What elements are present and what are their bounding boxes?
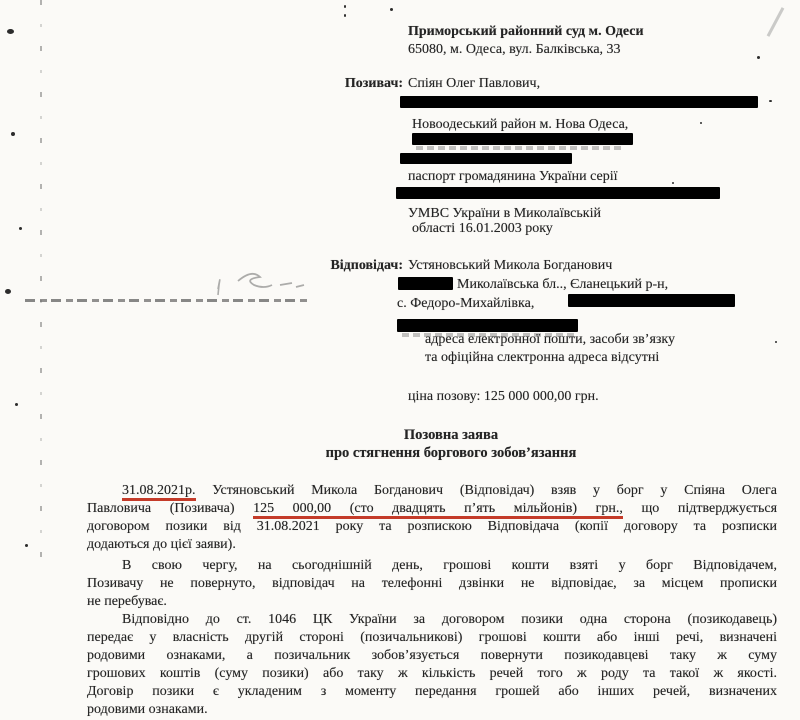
body-segment: передає у власність другій стороні (пози… bbox=[87, 630, 777, 645]
body-segment: родовими ознаками. bbox=[87, 702, 208, 717]
title-line1: Позовна заява bbox=[255, 426, 647, 444]
body-segment: Позивачу не повернуто, відповідач на тел… bbox=[87, 576, 777, 591]
body-text: 31.08.2021р. Устяновський Микола Богдано… bbox=[87, 482, 777, 719]
body-paragraph: В свою чергу, на сьогоднішній день, грош… bbox=[87, 557, 777, 611]
red-underlined-phrase: 125 000,00 (сто двадцять п’ять мільйонів… bbox=[253, 501, 623, 519]
plaintiff-issuer-line1: УМВС України в Миколаївській bbox=[408, 206, 601, 221]
ghost-text-strokes bbox=[416, 146, 621, 150]
scan-speck bbox=[390, 8, 393, 11]
redaction-bar bbox=[398, 277, 453, 290]
defendant-contact-line1: адреса електронної пошти, засоби зв’язку bbox=[425, 332, 675, 347]
claim-value-line: ціна позову: 125 000 000,00 грн. bbox=[408, 389, 599, 404]
scan-speck bbox=[19, 227, 22, 230]
handwritten-scribble bbox=[200, 255, 310, 305]
body-segment: додаються до цієї заяви). bbox=[87, 537, 236, 552]
scan-speck bbox=[11, 132, 15, 136]
scan-speck bbox=[25, 544, 28, 547]
redaction-bar bbox=[568, 294, 735, 307]
body-segment: не перебуває. bbox=[87, 594, 167, 609]
scan-speck bbox=[344, 5, 346, 8]
body-line: Павловича (Позивача) 125 000,00 (сто два… bbox=[87, 500, 777, 518]
scan-corner-mark bbox=[767, 7, 785, 37]
body-line: родовими ознаками. bbox=[87, 701, 777, 719]
redaction-bar bbox=[396, 187, 720, 199]
body-line: 31.08.2021р. Устяновський Микола Богдано… bbox=[87, 482, 777, 500]
body-line: грошових коштів (суму позики) або таку ж… bbox=[87, 665, 777, 683]
body-segment: Павловича (Позивача) bbox=[87, 501, 253, 516]
scan-perforation-dots bbox=[40, 0, 42, 565]
scan-speck bbox=[344, 14, 346, 17]
body-paragraph: Відповідно до ст. 1046 ЦК України за дог… bbox=[87, 611, 777, 719]
body-segment: Устяновський Микола Богданович (Відповід… bbox=[196, 483, 778, 498]
body-segment: договором позики від 31.08.2021 року та … bbox=[87, 519, 777, 534]
body-paragraph: 31.08.2021р. Устяновський Микола Богдано… bbox=[87, 482, 777, 554]
scan-speck bbox=[7, 29, 14, 34]
body-segment: грошових коштів (суму позики) або таку ж… bbox=[87, 666, 777, 681]
body-line: родовими ознаками, а позичальник зобов’я… bbox=[87, 647, 777, 665]
body-line: Договір позики є укладеним з моменту пер… bbox=[87, 683, 777, 701]
court-address: 65080, м. Одеса, вул. Балківська, 33 bbox=[408, 42, 621, 57]
body-line: передає у власність другій стороні (пози… bbox=[87, 629, 777, 647]
plaintiff-issuer-line2: області 16.01.2003 року bbox=[412, 221, 553, 236]
redaction-bar bbox=[397, 319, 578, 332]
scanned-court-document: Приморський районний суд м. Одеси 65080,… bbox=[0, 0, 800, 720]
body-line: договором позики від 31.08.2021 року та … bbox=[87, 518, 777, 536]
body-segment: що підтверджується bbox=[623, 501, 777, 516]
title-line2: про стягнення боргового зобов’язання bbox=[255, 444, 647, 462]
plaintiff-passport-line: паспорт громадянина України серії bbox=[408, 169, 618, 184]
body-line: додаються до цієї заяви). bbox=[87, 536, 777, 554]
red-underlined-phrase: 31.08.2021р. bbox=[122, 483, 196, 501]
body-segment: родовими ознаками, а позичальник зобов’я… bbox=[87, 648, 777, 663]
scan-speck bbox=[5, 289, 11, 294]
scan-speck bbox=[700, 122, 702, 124]
scan-speck bbox=[757, 56, 760, 59]
scan-speck bbox=[672, 182, 674, 184]
defendant-contact-line2: та офіційна слектронна адреса відсутні bbox=[425, 350, 659, 365]
defendant-label: Відповідач: bbox=[330, 258, 403, 273]
body-segment: Договір позики є укладеним з моменту пер… bbox=[87, 684, 777, 699]
redaction-bar bbox=[400, 153, 572, 164]
body-line: не перебуває. bbox=[87, 593, 777, 611]
plaintiff-name: Спіян Олег Павлович, bbox=[408, 76, 540, 91]
body-segment: Відповідно до ст. 1046 ЦК України за дог… bbox=[122, 612, 777, 627]
scan-speck bbox=[15, 403, 18, 406]
redaction-bar bbox=[400, 96, 758, 108]
body-segment: В свою чергу, на сьогоднішній день, грош… bbox=[122, 558, 777, 573]
body-line: В свою чергу, на сьогоднішній день, грош… bbox=[87, 557, 777, 575]
scan-speck bbox=[769, 100, 772, 102]
body-line: Відповідно до ст. 1046 ЦК України за дог… bbox=[87, 611, 777, 629]
court-name: Приморський районний суд м. Одеси bbox=[408, 24, 644, 39]
plaintiff-label: Позивач: bbox=[345, 76, 403, 91]
body-line: Позивачу не повернуто, відповідач на тел… bbox=[87, 575, 777, 593]
plaintiff-district-line: Новоодеський район м. Нова Одеса, bbox=[412, 117, 628, 132]
defendant-region-line: Миколаївська бл.., Єланецький р-н, bbox=[457, 277, 668, 292]
document-title: Позовна заява про стягнення боргового зо… bbox=[255, 426, 647, 462]
defendant-name: Устяновський Микола Богданович bbox=[408, 258, 612, 273]
defendant-village-line: с. Федоро-Михайлівка, bbox=[397, 296, 534, 311]
redaction-bar bbox=[412, 133, 633, 145]
scan-speck bbox=[775, 341, 777, 343]
